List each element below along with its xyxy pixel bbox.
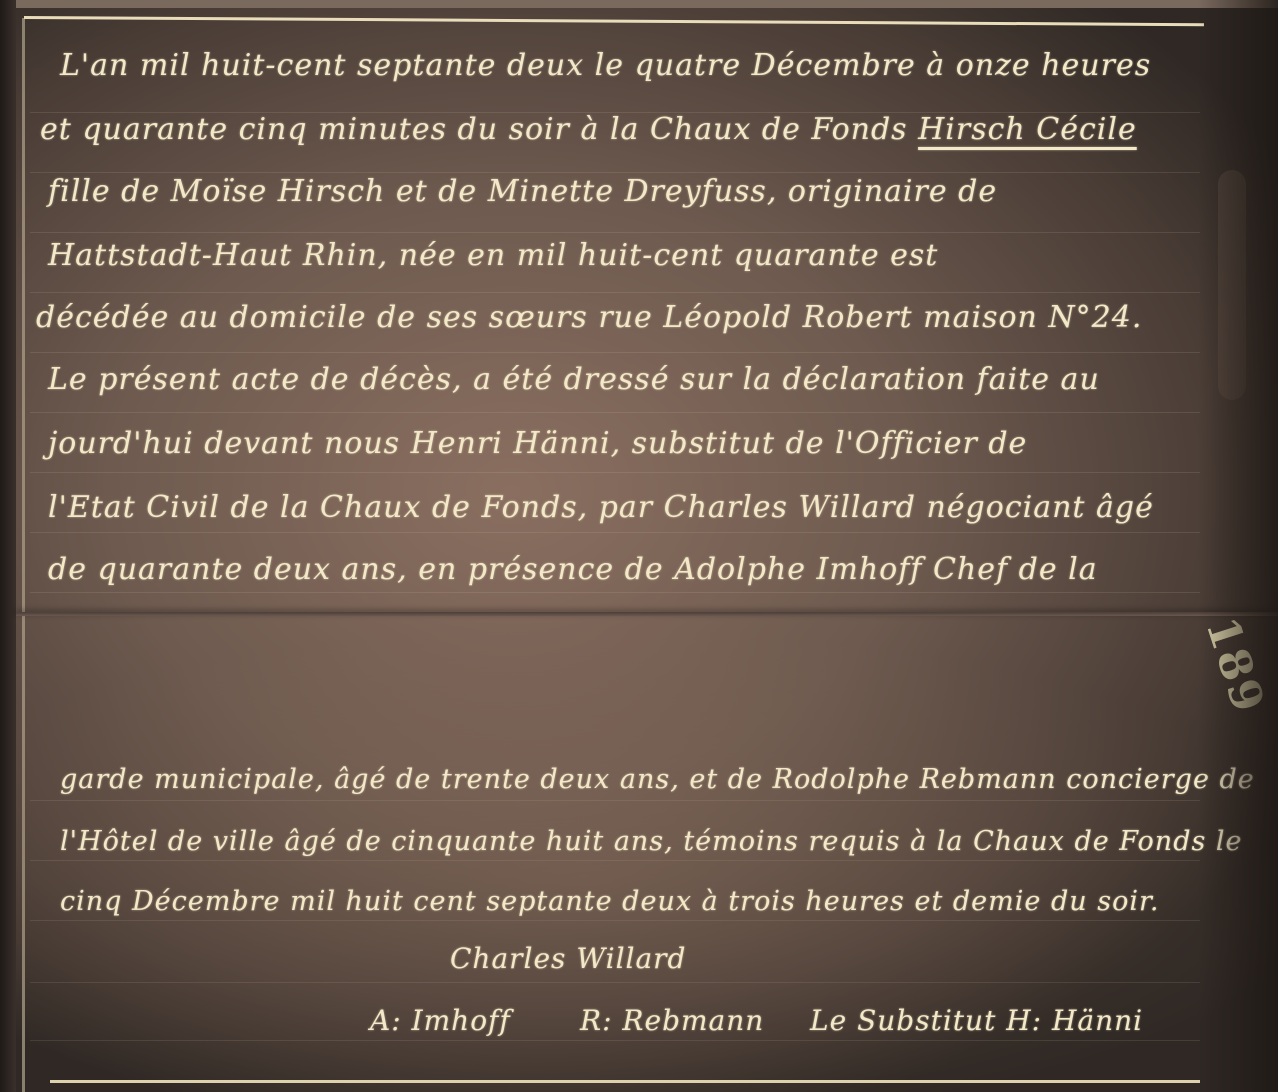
record-line-8: l'Etat Civil de la Chaux de Fonds, par C…	[48, 490, 1154, 525]
record-line-10: garde municipale, âgé de trente deux ans…	[60, 764, 1255, 795]
signature-witness-imhoff: A: Imhoff	[370, 1004, 511, 1037]
ruled-line	[30, 592, 1200, 593]
signature-declarant: Charles Willard	[450, 942, 686, 975]
record-line-5: décédée au domicile de ses sœurs rue Léo…	[36, 300, 1142, 335]
scan-top-edge	[0, 0, 1278, 8]
ruled-line	[30, 412, 1200, 413]
deceased-name: Hirsch Cécile	[918, 112, 1137, 147]
binding-margin	[0, 0, 16, 1092]
ruled-line	[30, 232, 1200, 233]
record-line-9: de quarante deux ans, en présence de Ado…	[48, 552, 1098, 587]
signature-officer-hanni: Le Substitut H: Hänni	[810, 1004, 1143, 1037]
ruled-line	[30, 172, 1200, 173]
record-line-2: et quarante cinq minutes du soir à la Ch…	[40, 112, 1137, 147]
ruled-line	[30, 472, 1200, 473]
record-line-2-text: et quarante cinq minutes du soir à la Ch…	[40, 112, 908, 147]
record-line-11: l'Hôtel de ville âgé de cinquante huit a…	[60, 826, 1243, 857]
bottom-rule	[50, 1080, 1200, 1083]
record-line-1: L'an mil huit-cent septante deux le quat…	[60, 48, 1151, 83]
record-line-4: Hattstadt-Haut Rhin, née en mil huit-cen…	[48, 238, 938, 273]
record-line-3: fille de Moïse Hirsch et de Minette Drey…	[48, 174, 997, 209]
signature-witness-rebmann: R: Rebmann	[580, 1004, 764, 1037]
ruled-line	[30, 532, 1200, 533]
scan-edge-shadow	[1198, 0, 1278, 1092]
record-line-12: cinq Décembre mil huit cent septante deu…	[60, 886, 1160, 917]
record-line-7: jourd'hui devant nous Henri Hänni, subst…	[48, 426, 1027, 461]
ruled-line	[30, 292, 1200, 293]
record-line-6: Le présent acte de décès, a été dressé s…	[48, 362, 1100, 397]
ruled-line	[30, 352, 1200, 353]
